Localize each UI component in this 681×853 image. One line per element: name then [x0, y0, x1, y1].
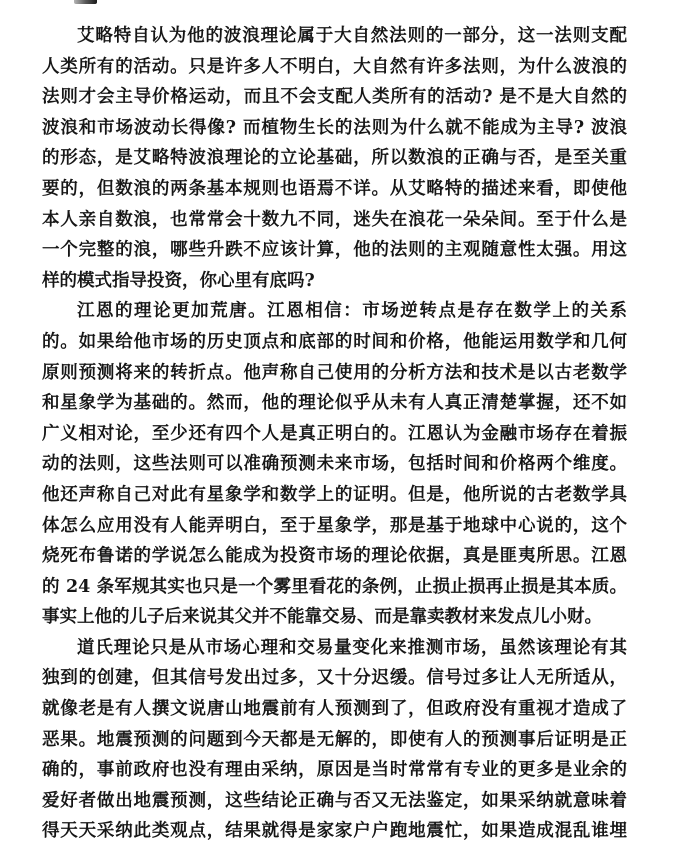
- text-line: 体怎么应用没有人能弄明白，至于星象学，那是基于地球中心说的，这个: [42, 511, 627, 542]
- text-line: 道氏理论只是从市场心理和交易量变化来推测市场，虽然该理论有其: [42, 633, 627, 664]
- page: 艾略特自认为他的波浪理论属于大自然法则的一部分，这一法则支配人类所有的活动。只是…: [0, 0, 681, 853]
- paragraph: 道氏理论只是从市场心理和交易量变化来推测市场，虽然该理论有其独到的创建，但其信号…: [42, 633, 627, 847]
- text-line: 和星象学为基础的。然而，他的理论似乎从未有人真正清楚掌握，还不如: [42, 388, 627, 419]
- text-line: 得天天采纳此类观点，结果就得是家家户户跑地震忙，如果造成混乱谁埋: [42, 816, 627, 847]
- paragraph: 江恩的理论更加荒唐。江恩相信：市场逆转点是存在数学上的关系的。如果给他市场的历史…: [42, 296, 627, 633]
- text-line: 一个完整的浪，哪些升跌不应该计算，他的法则的主观随意性太强。用这: [42, 235, 627, 266]
- text-line: 要的，但数浪的两条基本规则也语焉不详。从艾略特的描述来看，即使他: [42, 174, 627, 205]
- text-line: 爱好者做出地震预测，这些结论正确与否又无法鉴定，如果采纳就意味着: [42, 786, 627, 817]
- text-line: 恶果。地震预测的问题到今天都是无解的，即使有人的预测事后证明是正: [42, 725, 627, 756]
- text-line: 动的法则，这些法则可以准确预测未来市场，包括时间和价格两个维度。: [42, 449, 627, 480]
- text-line: 本人亲自数浪，也常常会十数九不同，迷失在浪花一朵朵间。至于什么是: [42, 205, 627, 236]
- paragraph: 艾略特自认为他的波浪理论属于大自然法则的一部分，这一法则支配人类所有的活动。只是…: [42, 21, 627, 296]
- text-line: 广义相对论，至少还有四个人是真正明白的。江恩认为金融市场存在着振: [42, 419, 627, 450]
- text-line: 人类所有的活动。只是许多人不明白，大自然有许多法则，为什么波浪的: [42, 52, 627, 83]
- text-line: 波浪和市场波动长得像? 而植物生长的法则为什么就不能成为主导? 波浪: [42, 113, 627, 144]
- page-top-scan-artifact: [74, 0, 97, 4]
- text-line: 独到的创建，但其信号发出过多，又十分迟缓。信号过多让人无所适从，: [42, 663, 627, 694]
- text-line: 事实上他的儿子后来说其父并不能靠交易、而是靠卖教材来发点儿小财。: [42, 602, 627, 633]
- text-line: 确的，事前政府也没有理由采纳，原因是当时常常有专业的更多是业余的: [42, 755, 627, 786]
- text-line: 法则才会主导价格运动，而且不会支配人类所有的活动? 是不是大自然的: [42, 82, 627, 113]
- text-line: 原则预测将来的转折点。他声称自己使用的分析方法和技术是以古老数学: [42, 358, 627, 389]
- text-line: 的。如果给他市场的历史顶点和底部的时间和价格，他能运用数学和几何: [42, 327, 627, 358]
- text-line: 的 24 条军规其实也只是一个雾里看花的条例，止损止损再止损是其本质。: [42, 572, 627, 603]
- text-line: 烧死布鲁诺的学说怎么能成为投资市场的理论依据，真是匪夷所思。江恩: [42, 541, 627, 572]
- text-line: 样的模式指导投资，你心里有底吗?: [42, 266, 627, 297]
- text-body: 艾略特自认为他的波浪理论属于大自然法则的一部分，这一法则支配人类所有的活动。只是…: [42, 21, 627, 847]
- text-line: 他还声称自己对此有星象学和数学上的证明。但是，他所说的古老数学具: [42, 480, 627, 511]
- text-line: 的形态，是艾略特波浪理论的立论基础，所以数浪的正确与否，是至关重: [42, 143, 627, 174]
- text-line: 江恩的理论更加荒唐。江恩相信：市场逆转点是存在数学上的关系: [42, 296, 627, 327]
- text-line: 艾略特自认为他的波浪理论属于大自然法则的一部分，这一法则支配: [42, 21, 627, 52]
- text-line: 就像老是有人撰文说唐山地震前有人预测到了，但政府没有重视才造成了: [42, 694, 627, 725]
